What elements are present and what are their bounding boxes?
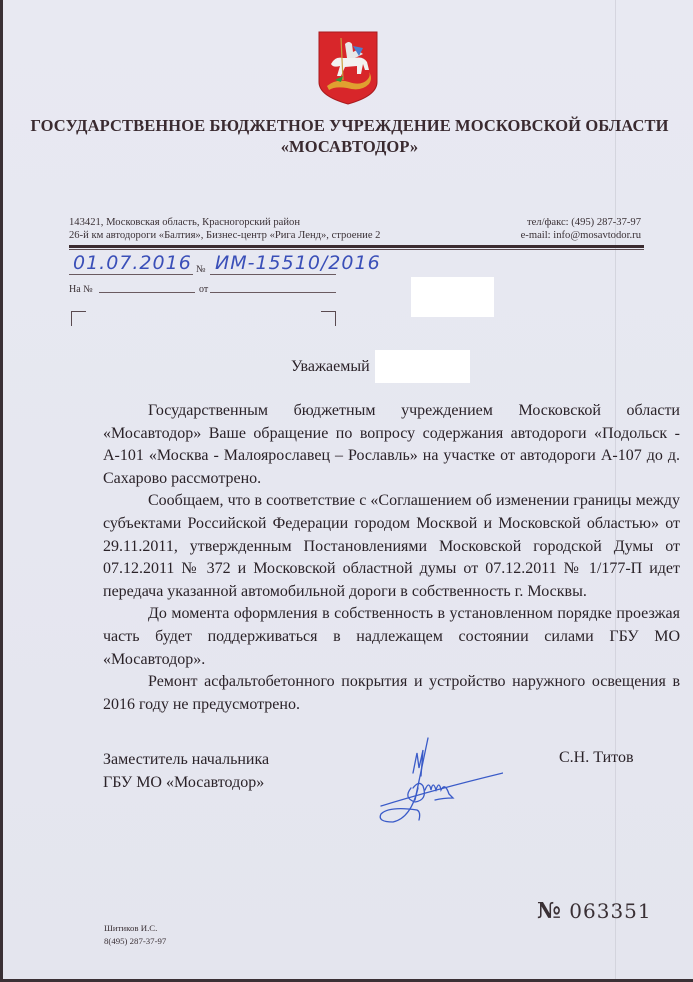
body-paragraph: Сообщаем, что в соответствие с «Соглашен… — [103, 490, 680, 603]
position-line2: ГБУ МО «Мосавтодор» — [103, 772, 269, 795]
organization-title: ГОСУДАРСТВЕННОЕ БЮДЖЕТНОЕ УЧРЕЖДЕНИЕ МОС… — [23, 115, 676, 157]
email: e-mail: info@mosavtodor.ru — [521, 229, 641, 242]
redacted-addressee-block — [411, 277, 494, 317]
date-underline — [69, 274, 193, 275]
executor-name: Шитиков И.С. — [104, 922, 166, 935]
address-line1: 143421, Московская область, Красногорски… — [69, 216, 380, 229]
position-line1: Заместитель начальника — [103, 749, 269, 772]
org-name-line2: «МОСАВТОДОР» — [23, 136, 676, 157]
phone-fax: тел/факс: (495) 287-37-97 — [521, 216, 641, 229]
number-label: № — [196, 264, 206, 275]
address-corner-right — [321, 311, 336, 326]
from-underline — [210, 292, 336, 293]
address-corner-left — [71, 311, 86, 326]
reply-to-label: На № — [69, 284, 93, 295]
redacted-recipient-name — [375, 350, 470, 383]
coat-of-arms-icon — [317, 30, 379, 106]
organization-address: 143421, Московская область, Красногорски… — [69, 216, 380, 242]
signatory-position: Заместитель начальника ГБУ МО «Мосавтодо… — [103, 749, 269, 794]
body-paragraph: Ремонт асфальтобетонного покрытия и устр… — [103, 671, 680, 716]
executor-phone: 8(495) 287-37-97 — [104, 935, 166, 948]
form-serial-number: № 063351 — [537, 898, 652, 924]
body-paragraph: Государственным бюджетным учреждением Мо… — [103, 400, 680, 490]
greeting: Уважаемый — [291, 358, 370, 376]
letter-page: ГОСУДАРСТВЕННОЕ БЮДЖЕТНОЕ УЧРЕЖДЕНИЕ МОС… — [0, 0, 693, 982]
organization-contacts: тел/факс: (495) 287-37-97 e-mail: info@m… — [521, 216, 641, 242]
from-label: от — [199, 284, 208, 295]
serial-label: № — [537, 898, 562, 924]
handwritten-outgoing-number: ИМ-15510/2016 — [215, 252, 381, 274]
header-divider-thin — [69, 249, 644, 250]
body-paragraph: До момента оформления в собственность в … — [103, 603, 680, 671]
handwritten-signature-icon — [373, 728, 503, 828]
serial-value: 063351 — [569, 899, 651, 923]
reply-to-underline — [99, 292, 195, 293]
address-line2: 26-й км автодороги «Балтия», Бизнес-цент… — [69, 229, 380, 242]
signatory-name: С.Н. Титов — [559, 749, 634, 767]
number-underline — [210, 274, 336, 275]
handwritten-date: 01.07.2016 — [73, 252, 192, 274]
executor-info: Шитиков И.С. 8(495) 287-37-97 — [104, 922, 166, 948]
header-divider-thick — [69, 245, 644, 248]
org-name-line1: ГОСУДАРСТВЕННОЕ БЮДЖЕТНОЕ УЧРЕЖДЕНИЕ МОС… — [23, 115, 676, 136]
letter-body: Государственным бюджетным учреждением Мо… — [103, 400, 680, 716]
